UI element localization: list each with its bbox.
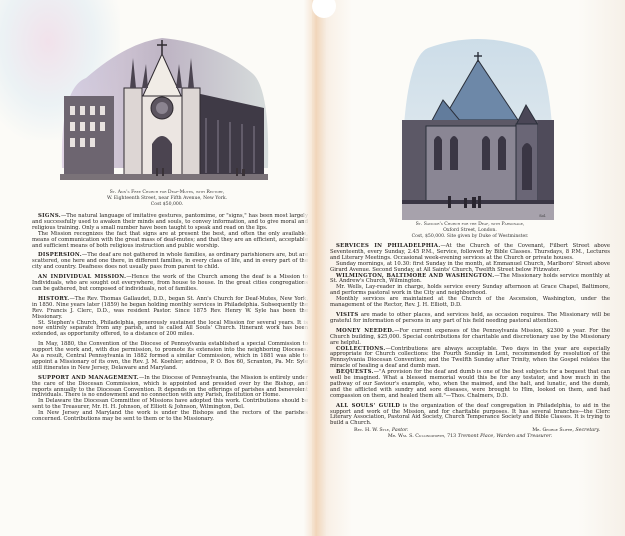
- section-services-philadelphia: SERVICES IN PHILADELPHIA.—At the Church …: [330, 244, 610, 262]
- warden-signature: Mr. Wm. S. Cullingworth, 713 Tremont Pla…: [330, 434, 610, 440]
- church-illustration-icon: [46, 18, 278, 188]
- st-saviours-church-engraving: Sol.: [398, 20, 558, 220]
- section-signs: SIGNS.—The natural language of imitative…: [32, 214, 308, 232]
- paragraph: The Mission recognizes the fact that sig…: [32, 232, 308, 250]
- section-collections: COLLECTIONS.—Contributions are always ac…: [330, 347, 610, 371]
- section-all-souls-guild: ALL SOULS' GUILD is the organization of …: [330, 404, 610, 428]
- book-spread: St. Ann's Free Church for Deaf-Mutes, wi…: [0, 0, 625, 536]
- pastor-role: Pastor.: [392, 428, 408, 433]
- st-anns-caption: St. Ann's Free Church for Deaf-Mutes, wi…: [32, 190, 302, 208]
- pastor-name: Rev. H. W. Syle,: [354, 428, 390, 433]
- st-anns-church-engraving: [46, 18, 278, 188]
- section-money-needed: MONEY NEEDED.—For current expenses of th…: [330, 329, 610, 347]
- right-page: Sol. St. Saviour's Church for the Deaf, …: [312, 0, 625, 536]
- engraver-mark: Sol.: [539, 214, 546, 218]
- caption-line-3: Cost, $50,000. Site given by Duke of Wes…: [320, 234, 620, 240]
- section-history: HISTORY.—The Rev. Thomas Gallaudet, D.D.…: [32, 297, 308, 321]
- secretary-role: Secretary.: [575, 428, 600, 433]
- left-page: St. Ann's Free Church for Deaf-Mutes, wi…: [0, 0, 312, 536]
- section-individual-mission: AN INDIVIDUAL MISSION.—Hence the work of…: [32, 275, 308, 293]
- section-dispersion: DISPERSION.—The deaf are not gathered in…: [32, 253, 308, 271]
- secretary-name: Mr. George Slifer,: [532, 428, 574, 433]
- left-page-body: SIGNS.—The natural language of imitative…: [32, 214, 308, 423]
- section-text: —The Rev. Thomas Gallaudet, D.D., began …: [32, 296, 308, 320]
- right-page-body: SERVICES IN PHILADELPHIA.—At the Church …: [330, 244, 610, 440]
- section-text: are made to other places, and services h…: [330, 312, 610, 324]
- section-text: —The natural language of imitative gestu…: [32, 213, 308, 231]
- st-saviours-caption: St. Saviour's Church for the Deaf, with …: [320, 222, 620, 240]
- section-visits: VISITS are made to other places, and ser…: [330, 313, 610, 325]
- church-illustration-icon: [398, 20, 558, 220]
- caption-line-3: Cost $50,000.: [32, 202, 302, 208]
- section-support-management: SUPPORT AND MANAGEMENT.—In the Diocese o…: [32, 376, 308, 400]
- warden-name: Mr. Wm. S. Cullingworth, 713: [388, 434, 456, 439]
- page-gutter: [304, 0, 326, 536]
- section-bequests: BEQUESTS.—"A provision for the deaf and …: [330, 370, 610, 400]
- paragraph: Monthly services are maintained at the C…: [330, 297, 610, 309]
- paragraph: In New Jersey and Maryland the work is u…: [32, 411, 308, 423]
- paragraph: In May, 1880, the Convention of the Dioc…: [32, 342, 308, 372]
- paragraph: St. Stephen's Church, Philadelphia, gene…: [32, 321, 308, 339]
- warden-role: Tremont Place, Warden and Treasurer.: [458, 434, 552, 439]
